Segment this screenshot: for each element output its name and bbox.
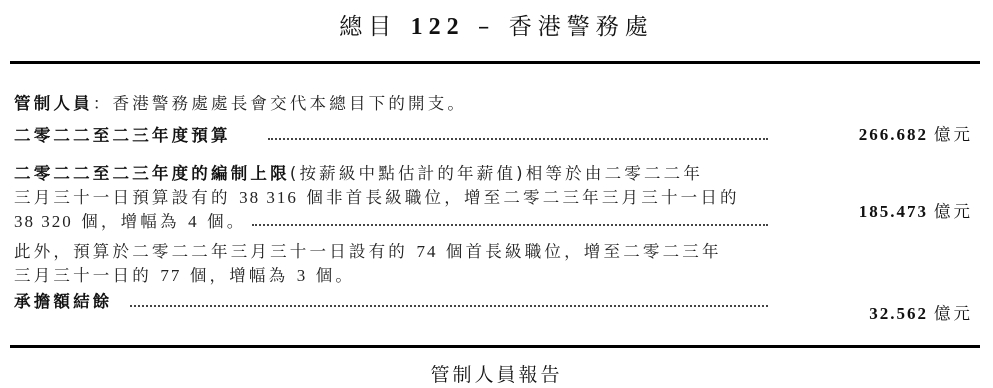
title-dash: – (478, 14, 496, 40)
bottom-divider (10, 345, 980, 348)
budget-label: 二零二二至二三年度預算 (14, 122, 231, 146)
commitment-amount-unit: 億元 (934, 304, 973, 323)
controlling-officer-label: 管制人員 (14, 94, 93, 113)
controlling-officer-text: 香港警務處處長會交代本總目下的開支。 (113, 94, 468, 113)
commitment-amount: 32.562億元 (869, 300, 973, 324)
establishment-line-2: 三月三十一日預算設有的 38 316 個非首長級職位，增至二零二三年三月三十一日… (14, 184, 740, 208)
establishment-line2-text-b: 個非首長級職位，增至二零二三年三月三十一日的 (306, 188, 739, 207)
page-title: 總目 122 – 香港警務處 (0, 8, 993, 41)
establishment-line3-text-b: 個。 (207, 212, 246, 231)
section-heading: 管制人員報告 (0, 360, 993, 387)
directorate-line-2: 三月三十一日的 77 個，增幅為 3 個。 (14, 262, 355, 286)
non-directorate-posts-2023: 38 320 (14, 212, 73, 231)
commitment-leader-dots (130, 305, 768, 307)
non-directorate-increase: 4 (188, 212, 199, 231)
budget-amount-unit: 億元 (934, 125, 973, 144)
commitment-amount-value: 32.562 (869, 304, 928, 323)
establishment-line-3: 38 320 個，增幅為 4 個。 (14, 208, 247, 232)
controlling-officer-separator: ： (93, 94, 113, 113)
establishment-amount-value: 185.473 (859, 202, 928, 221)
budget-amount-value: 266.682 (859, 125, 928, 144)
commitment-label: 承擔額結餘 (14, 288, 113, 312)
establishment-line1-text: (按薪級中點估計的年薪值)相等於由二零二二年 (290, 164, 703, 183)
establishment-line2-text-a: 三月三十一日預算設有的 (14, 188, 231, 207)
directorate-posts-2022: 74 (416, 242, 437, 261)
directorate-posts-2023: 77 (160, 266, 181, 285)
establishment-line3-text-a: 個，增幅為 (81, 212, 180, 231)
establishment-label: 二零二二至二三年度的編制上限 (14, 164, 290, 183)
budget-amount: 266.682億元 (859, 121, 973, 145)
directorate-line1-text-a: 此外，預算於二零二二年三月三十一日設有的 (14, 242, 408, 261)
head-number: 122 (411, 14, 465, 40)
directorate-line2-text-c: 個。 (316, 266, 355, 285)
establishment-line-1: 二零二二至二三年度的編制上限(按薪級中點估計的年薪值)相等於由二零二二年 (14, 160, 703, 184)
budget-leader-dots (268, 138, 768, 140)
establishment-amount-unit: 億元 (934, 202, 973, 221)
top-divider (10, 61, 980, 64)
controlling-officer-line: 管制人員：香港警務處處長會交代本總目下的開支。 (14, 90, 467, 114)
establishment-amount: 185.473億元 (859, 198, 973, 222)
establishment-leader-dots (252, 224, 768, 226)
title-department: 香港警務處 (509, 14, 654, 40)
non-directorate-posts-2022: 38 316 (239, 188, 298, 207)
directorate-line2-text-a: 三月三十一日的 (14, 266, 152, 285)
directorate-increase: 3 (297, 266, 308, 285)
directorate-line2-text-b: 個，增幅為 (190, 266, 289, 285)
directorate-line-1: 此外，預算於二零二二年三月三十一日設有的 74 個首長級職位，增至二零二三年 (14, 238, 722, 262)
directorate-line1-text-b: 個首長級職位，增至二零二三年 (446, 242, 722, 261)
title-prefix: 總目 (339, 14, 397, 40)
